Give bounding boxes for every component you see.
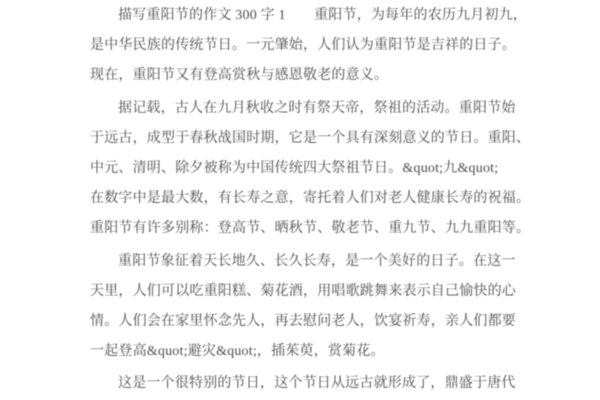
text-line: 现在，重阳节又有登高赏秋与感恩敬老的意义。	[90, 61, 545, 91]
paragraph: 描写重阳节的作文 300 字 1 重阳节，为每年的农历九月初九， 是中华民族的传…	[90, 1, 545, 92]
text-line: 天里，人们可以吃重阳糕、菊花酒，用唱歌跳舞来表示自己愉快的心	[90, 277, 545, 307]
text-line: 重阳节，为每年的农历九月初九，	[286, 8, 527, 23]
text-line: 在数字中是最大数，有长寿之意，寄托着人们对老人健康长寿的祝福。	[90, 184, 545, 214]
text-line: 中元、清明、除夕被称为中国传统四大祭祖节日。&quot;九&quot;	[90, 154, 545, 184]
text-line: 这是一个很特别的节日，这个节日从远古就形成了，鼎盛于唐代	[90, 369, 545, 399]
text-line: 重阳节有许多别称：登高节、晒秋节、敬老节、重九节、九九重阳等。	[90, 214, 545, 244]
document-page: 描写重阳节的作文 300 字 1 重阳节，为每年的农历九月初九， 是中华民族的传…	[0, 0, 600, 400]
paragraph: 据记载，古人在九月秋收之时有祭天帝，祭祖的活动。重阳节始 于远古，成型于春秋战国…	[90, 94, 545, 245]
paragraph: 这是一个很特别的节日，这个节日从远古就形成了，鼎盛于唐代	[90, 369, 545, 399]
text-line: 重阳节象征着天长地久、长久长寿，是一个美好的日子。在这一	[90, 247, 545, 277]
text-line: 是中华民族的传统节日。一元肇始，人们认为重阳节是吉祥的日子。	[90, 31, 545, 61]
paragraph: 重阳节象征着天长地久、长久长寿，是一个美好的日子。在这一 天里，人们可以吃重阳糕…	[90, 247, 545, 368]
text-line: 据记载，古人在九月秋收之时有祭天帝，祭祖的活动。重阳节始	[90, 94, 545, 124]
text-line: 于远古，成型于春秋战国时期，它是一个具有深刻意义的节日。重阳、	[90, 124, 545, 154]
title-line: 描写重阳节的作文 300 字 1 重阳节，为每年的农历九月初九，	[90, 1, 545, 31]
text-line: 情。人们会在家里怀念先人，再去慰问老人，饮宴祈寿，亲人们都要	[90, 307, 545, 337]
essay-title: 描写重阳节的作文 300 字 1	[118, 8, 286, 23]
text-line: 一起登高&quot;避灾&quot;，插茱萸，赏菊花。	[90, 337, 545, 367]
